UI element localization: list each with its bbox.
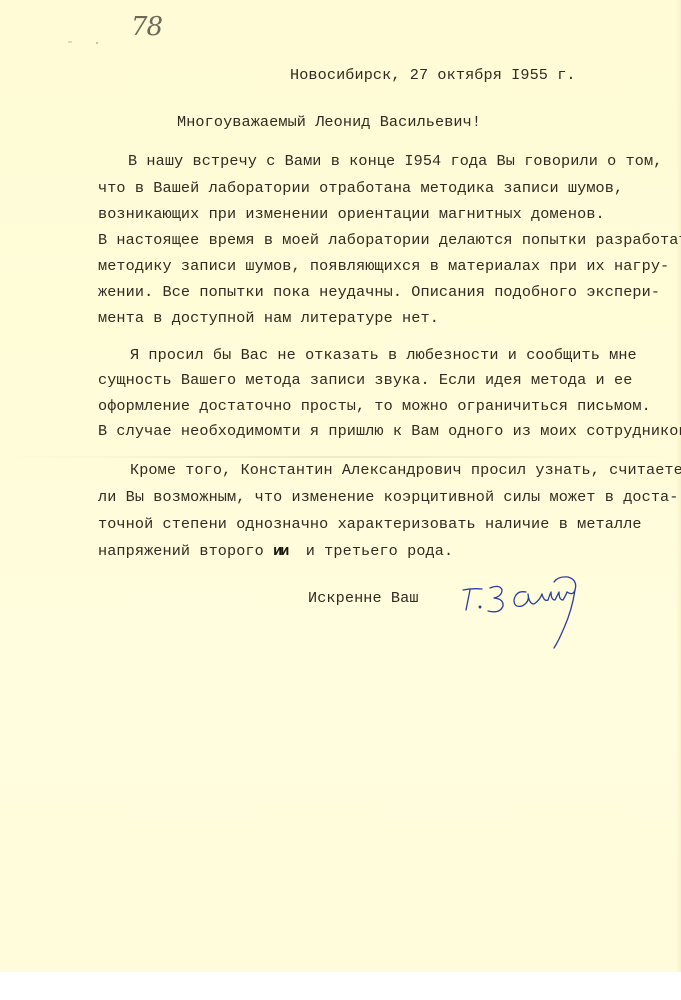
letter-page: 78 Новосибирск, 27 октября I955 г. Много… — [0, 0, 681, 972]
place-date: Новосибирск, 27 октября I955 г. — [290, 68, 576, 83]
paragraph-2-line-2: методику записи шумов, появляющихся в ма… — [98, 259, 669, 274]
archive-page-number: 78 — [131, 12, 162, 42]
paragraph-2-line-1: В настоящее время в моей лаборатории дел… — [98, 233, 681, 248]
paragraph-1-line-1: В нашу встречу с Вами в конце I954 года … — [128, 154, 662, 169]
paragraph-1-line-2: что в Вашей лаборатории отработана метод… — [98, 181, 623, 196]
paragraph-2-line-3: жении. Все попытки пока неудачны. Описан… — [98, 285, 660, 300]
handwritten-signature — [430, 570, 610, 660]
paragraph-2-line-4: мента в доступной нам литературе нет. — [98, 311, 439, 326]
paragraph-3-line-4: В случае необходимомти я пришлю к Вам од… — [98, 424, 681, 439]
paragraph-3-line-3: оформление достаточно просты, то можно о… — [98, 399, 651, 414]
paragraph-3-line-2: сущность Вашего метода записи звука. Есл… — [98, 373, 632, 388]
paragraph-4-line-4-start: напряжений второго — [98, 542, 264, 560]
paper-fold-line — [0, 456, 681, 458]
paragraph-4-line-1: Кроме того, Константин Александрович про… — [130, 463, 681, 478]
overstruck-text: ии — [273, 542, 287, 560]
paper-edge — [676, 0, 681, 972]
paragraph-1-line-3: возникающих при изменении ориентации маг… — [98, 207, 605, 222]
paragraph-4-line-4: напряжений второго ии и третьего рода. — [98, 544, 453, 559]
salutation: Многоуважаемый Леонид Васильевич! — [177, 115, 481, 130]
pencil-marks-icon — [66, 38, 106, 46]
paragraph-3-line-1: Я просил бы Вас не отказать в любезности… — [130, 348, 637, 363]
paragraph-4-line-2: ли Вы возможным, что изменение коэрцитив… — [98, 490, 678, 505]
paragraph-4-line-4-end: и третьего рода. — [306, 542, 453, 560]
paragraph-4-line-3: точной степени однозначно характеризоват… — [98, 517, 642, 532]
closing: Искренне Ваш — [308, 591, 419, 606]
